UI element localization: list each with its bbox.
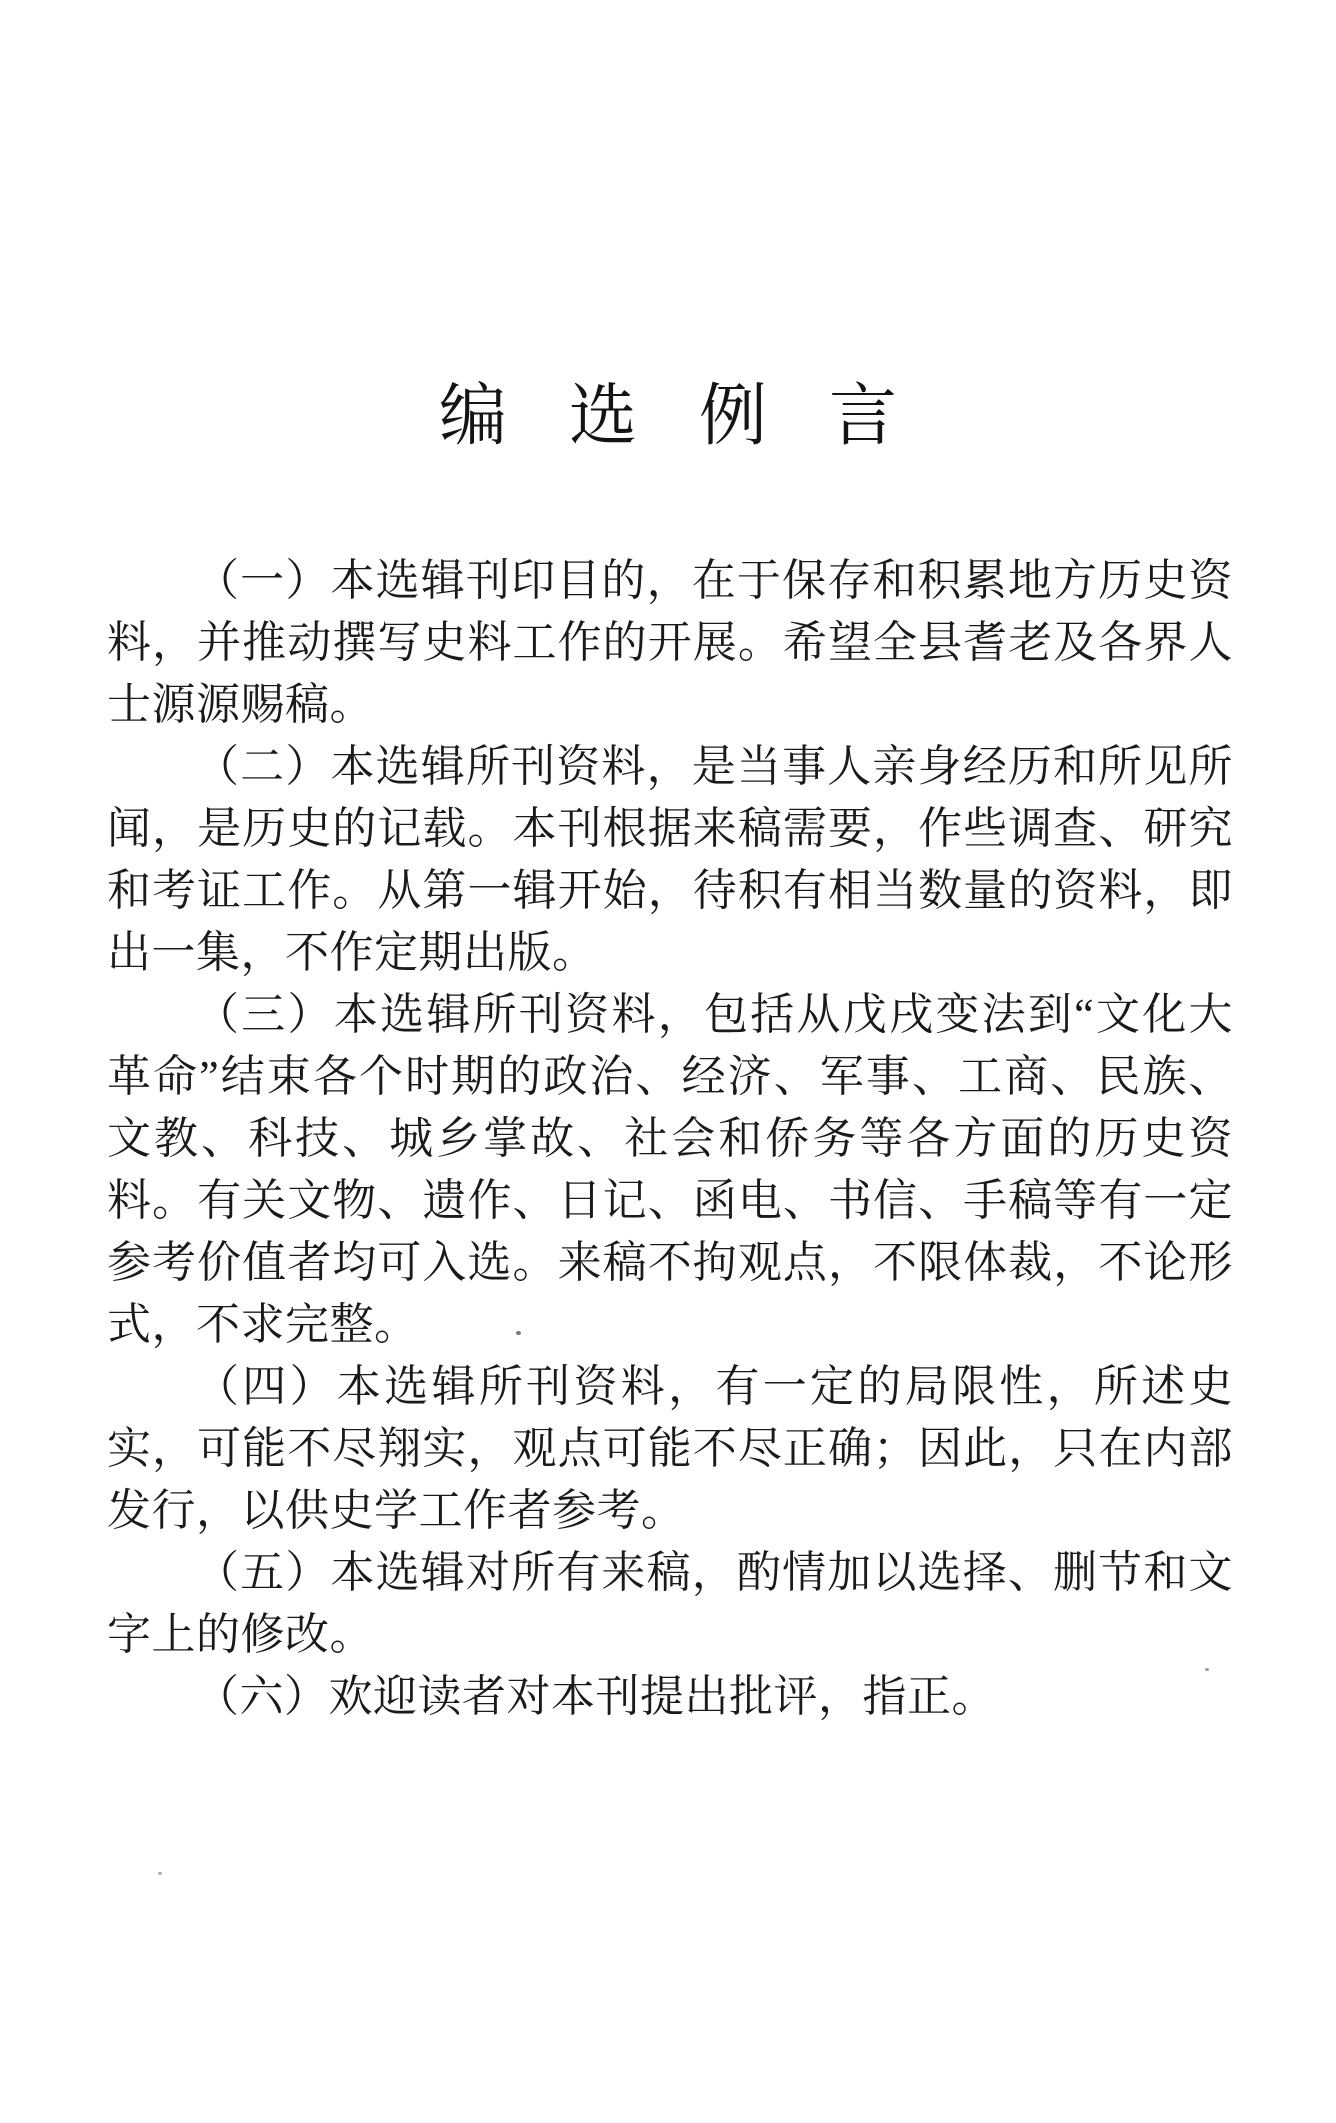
paragraph: （六）欢迎读者对本刊提出批评，指正。: [107, 1666, 1233, 1728]
paragraph: （三）本选辑所刊资料，包括从戊戌变法到“文化大革命”结束各个时期的政治、经济、军…: [107, 984, 1233, 1356]
body-text: （一）本选辑刊印目的，在于保存和积累地方历史资料，并推动撰写史料工作的开展。希望…: [107, 550, 1233, 1728]
scan-speck: [516, 1331, 521, 1335]
scan-speck: [1205, 1668, 1209, 1671]
paragraph: （二）本选辑所刊资料，是当事人亲身经历和所见所闻，是历史的记载。本刊根据来稿需要…: [107, 736, 1233, 984]
paragraph: （一）本选辑刊印目的，在于保存和积累地方历史资料，并推动撰写史料工作的开展。希望…: [107, 550, 1233, 736]
paragraph: （五）本选辑对所有来稿，酌情加以选择、删节和文字上的修改。: [107, 1542, 1233, 1666]
page-title: 编选例言: [0, 376, 1336, 458]
scanned-page: 编选例言 （一）本选辑刊印目的，在于保存和积累地方历史资料，并推动撰写史料工作的…: [0, 0, 1336, 2123]
scan-speck: [158, 1872, 162, 1875]
page-title-text: 编选例言: [439, 378, 959, 454]
paragraph: （四）本选辑所刊资料，有一定的局限性，所述史实，可能不尽翔实，观点可能不尽正确；…: [107, 1356, 1233, 1542]
